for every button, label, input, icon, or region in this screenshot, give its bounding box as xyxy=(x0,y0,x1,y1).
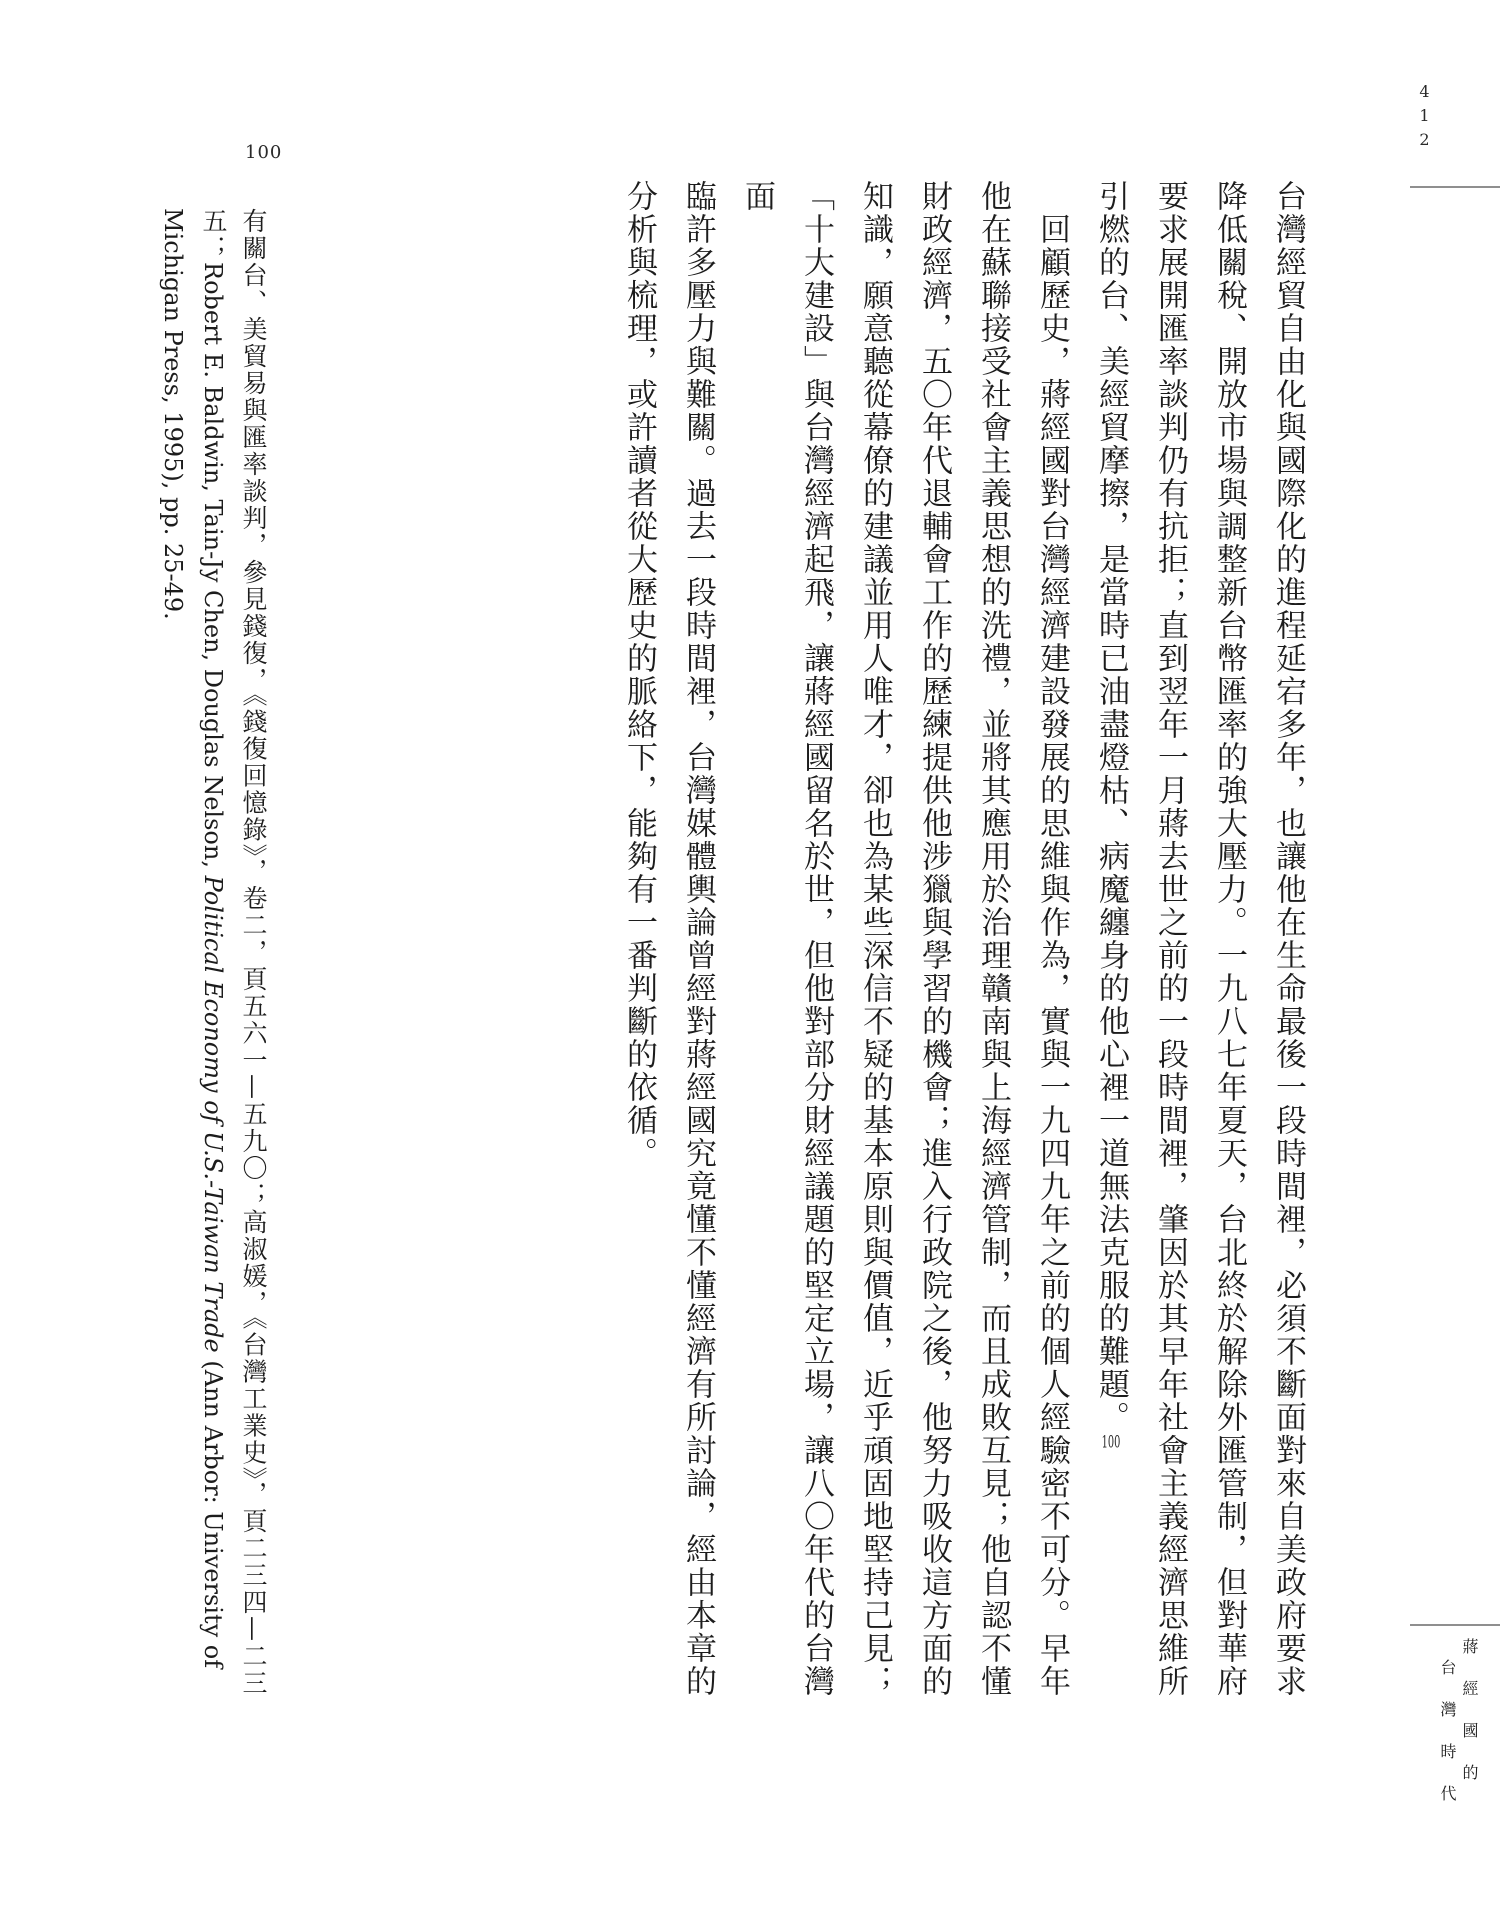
footnote-run: 有關台、美貿易與匯率談判，參見錢復，《錢復回憶錄》，卷二，頁五六一—五九〇；高淑… xyxy=(239,208,268,1697)
text-column: 知識，願意聽從幕僚的建議並用人唯才，卻也為某些深信不疑的基本原則與價值，近乎頑固… xyxy=(845,180,904,1698)
footnote-run: 五； xyxy=(199,208,228,262)
header-rule xyxy=(1410,186,1500,188)
footnote-column: 五；Robert E. Baldwin, Tain-Jy Chen, Dougl… xyxy=(153,208,233,1753)
footnote-label: 100 xyxy=(245,142,282,163)
footnote-run: Robert E. Baldwin, Tain-Jy Chen, Douglas… xyxy=(199,262,227,876)
text-column: 要求展開匯率談判仍有抗拒；直到翌年一月蔣去世之前的一段時間裡，肇因於其早年社會主… xyxy=(1140,180,1199,1698)
text-column: 分析與梳理，或許讀者從大歷史的脈絡下，能夠有一番判斷的依循。 xyxy=(609,180,668,1698)
text-column: 引燃的台、美經貿摩擦，是當時已油盡燈枯、病魔纏身的他心裡一道無法克服的難題。10… xyxy=(1081,180,1140,1698)
footnote-column: 有關台、美貿易與匯率談判，參見錢復，《錢復回憶錄》，卷二，頁五六一—五九〇；高淑… xyxy=(233,208,273,1753)
text-column: 臨許多壓力與難關。過去一段時間裡，台灣媒體輿論曾經對蔣經國究竟懂不懂經濟有所討論… xyxy=(668,180,727,1698)
text-column: 財政經濟，五〇年代退輔會工作的歷練提供他涉獵與學習的機會；進入行政院之後，他努力… xyxy=(904,180,963,1698)
main-text: 台灣經貿自由化與國際化的進程延宕多年，也讓他在生命最後一段時間裡，必須不斷面對來… xyxy=(609,180,1317,1698)
book-page: 412 台灣經貿自由化與國際化的進程延宕多年，也讓他在生命最後一段時間裡，必須不… xyxy=(0,0,1500,1917)
text-column: 「十大建設」與台灣經濟起飛，讓蔣經國留名於世，但他對部分財經議題的堅定立場，讓八… xyxy=(727,180,845,1698)
footnote-book-title: Political Economy of U.S.-Taiwan Trade xyxy=(199,876,227,1353)
text-column: 他在蘇聯接受社會主義思想的洗禮，並將其應用於治理贛南與上海經濟管制，而且成敗互見… xyxy=(963,180,1022,1698)
footnote-ref: 100 xyxy=(1101,1434,1121,1451)
footnote-text: 有關台、美貿易與匯率談判，參見錢復，《錢復回憶錄》，卷二，頁五六一—五九〇；高淑… xyxy=(153,208,273,1753)
text-column: 台灣經貿自由化與國際化的進程延宕多年，也讓他在生命最後一段時間裡，必須不斷面對來… xyxy=(1258,180,1317,1698)
book-title-column: 台灣時代 xyxy=(1436,1638,1458,1827)
page-number: 412 xyxy=(1415,82,1434,154)
book-title-column: 蔣經國的 xyxy=(1458,1638,1480,1827)
text-column: 回顧歷史，蔣經國對台灣經濟建設發展的思維與作為，實與一九四九年之前的個人經驗密不… xyxy=(1022,180,1081,1698)
text-column: 降低關稅、開放市場與調整新台幣匯率的強大壓力。一九八七年夏天，台北終於解除外匯管… xyxy=(1199,180,1258,1698)
footer-rule xyxy=(1410,1624,1500,1626)
book-title: 蔣經國的台灣時代 xyxy=(1436,1638,1480,1827)
